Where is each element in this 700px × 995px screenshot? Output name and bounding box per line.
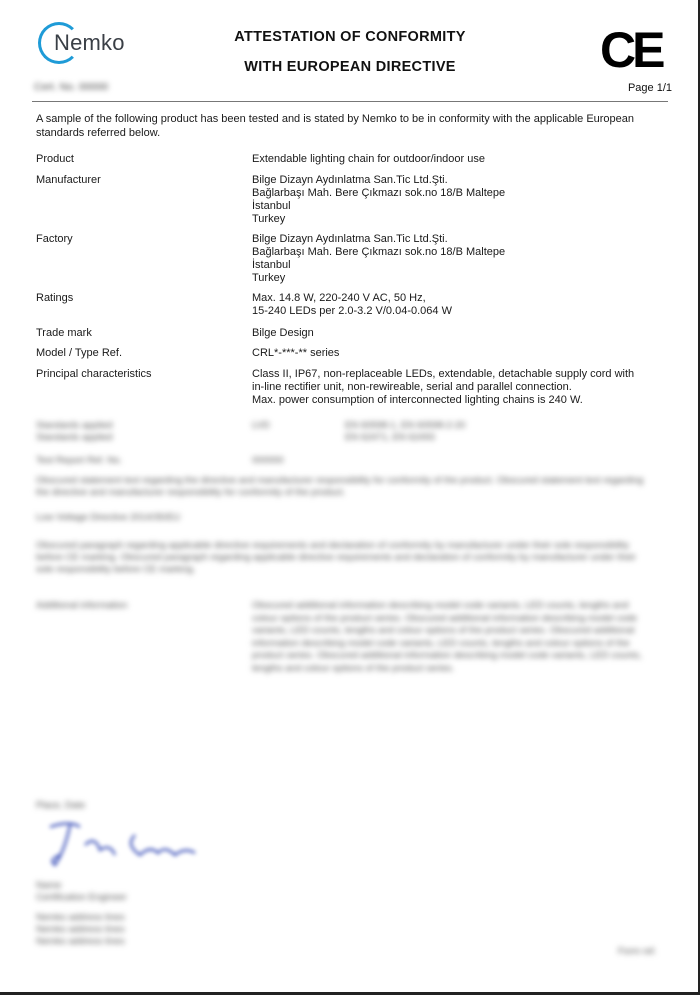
document-title: ATTESTATION OF CONFORMITY WITH EUROPEAN …: [0, 22, 700, 82]
standards-list: EN 60598-1, EN 60598-2-20EN 62471, EN 62…: [345, 420, 525, 444]
field-value-line: Class II, IP67, non-replaceable LEDs, ex…: [252, 368, 672, 381]
field-label: Model / Type Ref.: [36, 347, 236, 360]
field-value: Bilge Design: [252, 327, 672, 340]
test-report-label: Test Report Ref. No.: [36, 455, 156, 467]
additional-info-label: Additional information: [36, 600, 186, 612]
field-value: Class II, IP67, non-replaceable LEDs, ex…: [252, 368, 672, 407]
field-value-line: 15-240 LEDs per 2.0-3.2 V/0.04-0.064 W: [252, 305, 672, 318]
field-value-line: İstanbul: [252, 259, 672, 272]
field-value-line: İstanbul: [252, 200, 672, 213]
field-label: Product: [36, 153, 236, 166]
field-value-line: Max. 14.8 W, 220-240 V AC, 50 Hz,: [252, 292, 672, 305]
field-label: Factory: [36, 233, 236, 246]
field-label: Principal characteristics: [36, 368, 236, 381]
place-date: Place, Date: [36, 800, 166, 812]
directive-line: Low Voltage Directive 2014/35/EU: [36, 512, 236, 524]
field-value-line: Turkey: [252, 272, 672, 285]
form-reference: Form ref.: [618, 946, 678, 958]
test-report-value: 000000: [252, 455, 312, 467]
nemko-address: Nemko address linesNemko address linesNe…: [36, 912, 236, 948]
signatory-block: NameCertification Engineer: [36, 880, 176, 904]
field-value-line: in-line rectifier unit, non-rewireable, …: [252, 381, 672, 394]
field-value-line: Bağlarbaşı Mah. Bere Çıkmazı sok.no 18/B…: [252, 187, 672, 200]
standards-directive: LVD: [252, 420, 312, 432]
field-value-line: Extendable lighting chain for outdoor/in…: [252, 153, 672, 166]
additional-info-text: Obscured additional information describi…: [252, 600, 642, 675]
field-value-line: Bilge Design: [252, 327, 672, 340]
page-number: Page 1/1: [628, 82, 672, 94]
field-value-line: Bilge Dizayn Aydınlatma San.Tic Ltd.Şti.: [252, 174, 672, 187]
ce-mark-icon: CE: [600, 24, 672, 76]
field-value: Bilge Dizayn Aydınlatma San.Tic Ltd.Şti.…: [252, 174, 672, 226]
field-value-line: CRL*-***-** series: [252, 347, 672, 360]
field-value: CRL*-***-** series: [252, 347, 672, 360]
field-value-line: Turkey: [252, 213, 672, 226]
field-value: Max. 14.8 W, 220-240 V AC, 50 Hz,15-240 …: [252, 292, 672, 318]
field-value: Bilge Dizayn Aydınlatma San.Tic Ltd.Şti.…: [252, 233, 672, 285]
field-label: Manufacturer: [36, 174, 236, 187]
field-value-line: Max. power consumption of interconnected…: [252, 394, 672, 407]
standards-label: Standards appliedStandards applied: [36, 420, 226, 444]
field-label: Ratings: [36, 292, 236, 305]
field-value-line: Bilge Dizayn Aydınlatma San.Tic Ltd.Şti.: [252, 233, 672, 246]
directive-paragraph: Obscured paragraph regarding applicable …: [36, 540, 636, 576]
certificate-page: Nemko ATTESTATION OF CONFORMITY WITH EUR…: [0, 0, 700, 995]
intro-text: A sample of the following product has be…: [36, 112, 666, 140]
field-value-line: Bağlarbaşı Mah. Bere Çıkmazı sok.no 18/B…: [252, 246, 672, 259]
certificate-reference: Cert. No. 00000: [34, 81, 108, 93]
field-value: Extendable lighting chain for outdoor/in…: [252, 153, 672, 166]
statement-text: Obscured statement text regarding the di…: [36, 475, 656, 499]
field-label: Trade mark: [36, 327, 236, 340]
signature-icon: [40, 815, 210, 875]
divider: [32, 101, 668, 102]
